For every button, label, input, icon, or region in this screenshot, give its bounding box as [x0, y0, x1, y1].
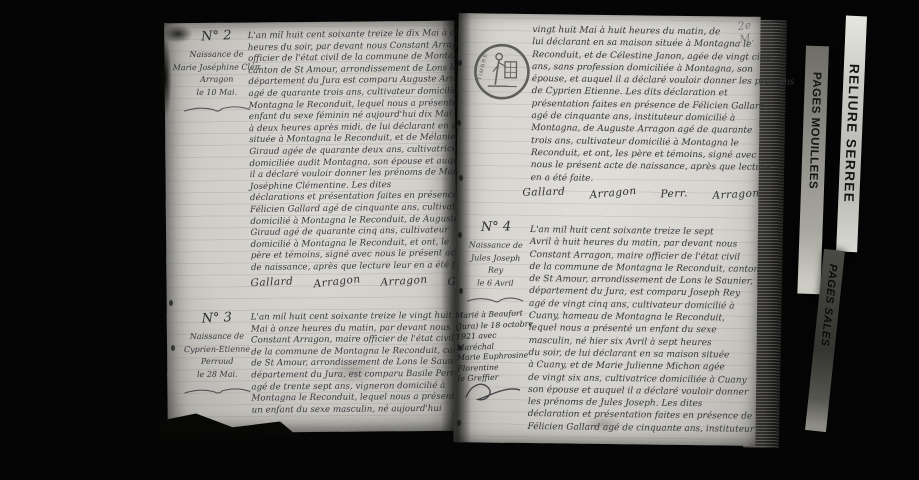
stitch-dot: [459, 175, 463, 181]
stitch-dot: [458, 232, 462, 238]
margin-note-entry3: N° 3 Naissance deCyprien-EtiennePerroudl…: [173, 310, 262, 397]
act-entry3-body: L'an mil huit cent soixante treize le vi…: [251, 311, 456, 417]
margin-lines: Naissance deJules JosephReyle 6 Avril: [459, 239, 532, 290]
act-entry2-body: L'an mil huit cent soixante treize le di…: [248, 28, 455, 274]
strip-label: RELIURE SERREE: [839, 64, 862, 252]
edge-speck: [169, 300, 173, 306]
timbre-imperial-stamp-icon: TIMBRE: [472, 41, 533, 102]
act-entry3-continuation: vingt huit Mai à huit heures du matin, d…: [531, 24, 759, 187]
clerk-signature-flourish: [462, 375, 524, 406]
act-number: N° 4: [460, 219, 532, 236]
flourish-divider: [182, 387, 252, 398]
marriage-margin-note: Marié à Beaufort(Jura) le 18 octobre1921…: [455, 308, 538, 385]
flourish-divider: [182, 105, 252, 116]
margin-line: Naissance de: [173, 330, 261, 343]
signature: Arragon: [313, 273, 361, 290]
margin-line: Naissance de: [460, 239, 532, 252]
act-number: N° 3: [173, 309, 262, 328]
margin-line: Perroud: [173, 355, 261, 368]
stitch-dot: [457, 420, 461, 426]
margin-lines: Naissance deCyprien-EtiennePerroudle 28 …: [173, 330, 261, 381]
margin-note-entry4: N° 4 Naissance deJules JosephReyle 6 Avr…: [459, 219, 532, 306]
signatures-row: GallardArragonPerr.Arragon: [522, 186, 758, 201]
stitch-dot: [458, 345, 462, 351]
margin-line: le 28 Mai.: [173, 368, 261, 381]
signature: Gallard: [522, 186, 565, 199]
signatures-row: GallardArragonArragonGiraud: [250, 275, 460, 289]
stitch-dot: [459, 288, 463, 294]
act-line: de naissance, après que lecture leur en …: [251, 260, 455, 274]
signature: Arragon: [380, 274, 428, 289]
archive-photo: N° 2 Naissance deMarie Joséphine Clément…: [0, 0, 919, 480]
margin-line: Jules Joseph: [460, 252, 532, 265]
archival-strip-reliure-serree: RELIURE SERREE: [836, 16, 867, 253]
act-line: Félicien Gallard agé de cinquante ans, i…: [528, 421, 754, 436]
stitch-dot: [457, 120, 461, 126]
margin-line: Cyprien-Etienne: [173, 343, 261, 356]
flourish-divider: [465, 295, 525, 306]
act-line: un enfant du sexe masculin, né aujourd'h…: [252, 403, 456, 416]
signature: Perr.: [660, 187, 688, 200]
strip-label: PAGES MOUILLEES: [803, 72, 823, 294]
act-entry4-body: L'an mil huit cent soixante treize le se…: [528, 224, 757, 436]
edge-speck: [171, 345, 175, 351]
stitch-dot: [458, 60, 462, 66]
signature: Arragon: [712, 187, 760, 202]
register-left-page: N° 2 Naissance deMarie Joséphine Clément…: [164, 21, 458, 434]
signature: Arragon: [589, 185, 637, 201]
signature: Gallard: [250, 275, 293, 289]
margin-line: Rey: [459, 264, 531, 277]
register-right-page: 2e M. TIMBRE vingt huit Mai à huit heure…: [453, 13, 760, 446]
margin-line: le 6 Avril: [459, 277, 531, 290]
